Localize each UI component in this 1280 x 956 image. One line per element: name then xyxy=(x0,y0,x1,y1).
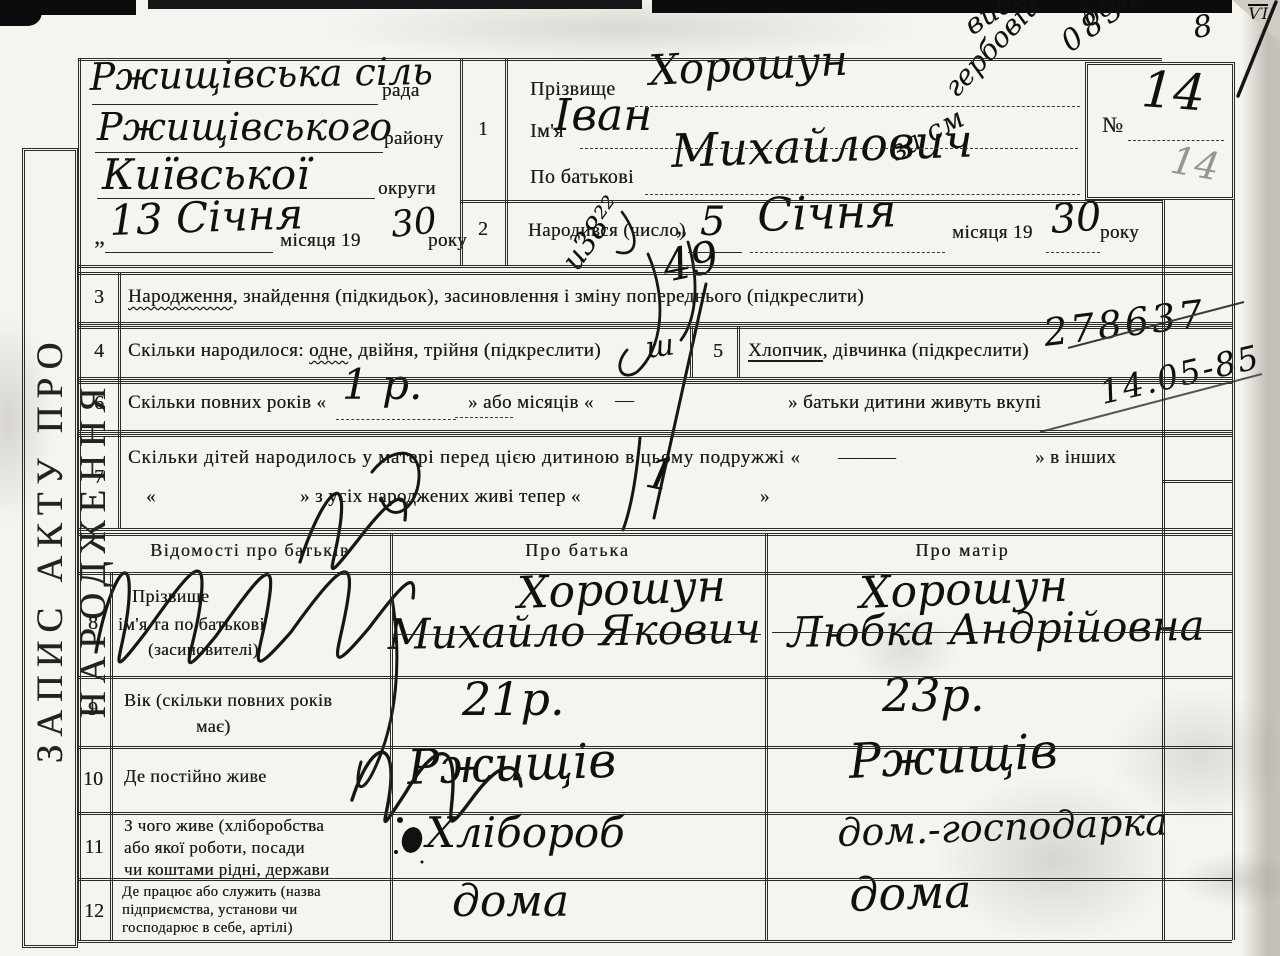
registry-district-handwritten: Ржищівського xyxy=(97,108,392,146)
corner-note-vi: ѴІ xyxy=(1248,4,1268,22)
row5-text: , дівчинка (підкреслити) xyxy=(823,340,1029,361)
grid-line xyxy=(78,533,1232,536)
grid-line xyxy=(688,252,742,253)
grid-line xyxy=(78,58,81,940)
grid-line xyxy=(78,58,1162,61)
grid-line xyxy=(97,198,375,199)
row7-line2-mid: » з усіх народжених живі тепер « xyxy=(300,486,581,508)
father-name-value: Михайло Якович xyxy=(387,607,761,656)
grid-line xyxy=(78,572,1232,575)
mother-name-value: Любка Андрійовна xyxy=(787,605,1205,654)
father-workplace-value: дома xyxy=(452,880,569,924)
row10-number: 10 xyxy=(76,768,110,791)
registry-council-suffix: рада xyxy=(382,80,420,102)
surname-value: Хорошун xyxy=(648,40,849,92)
grid-line xyxy=(1162,480,1232,483)
grid-line xyxy=(110,572,113,940)
grid-line xyxy=(1162,200,1165,940)
grid-line xyxy=(765,533,768,940)
row9-label-line1: Вік (скільки повних років xyxy=(124,690,332,711)
grid-line xyxy=(78,377,1232,380)
row6-number: 6 xyxy=(82,392,116,415)
grid-line xyxy=(78,812,1232,815)
row11-label-line2: або якої роботи, посади xyxy=(124,838,305,858)
grid-line xyxy=(1128,140,1224,141)
row3-text: , знайдення (підкидьок), засиновлення і … xyxy=(233,286,864,307)
registry-district-suffix: району xyxy=(384,128,444,150)
row12-label-line2: підприємства, установи чи xyxy=(122,902,297,919)
row5-number: 5 xyxy=(701,340,735,363)
diagonal-note-3: ш xyxy=(644,330,676,364)
row12-label-line1: Де працює або служить (назва xyxy=(122,884,321,901)
diagonal-note-2: 49 xyxy=(659,235,723,290)
grid-line xyxy=(1162,630,1232,633)
born-suffix: року xyxy=(1100,222,1139,244)
grid-line xyxy=(78,676,1232,679)
grid-line xyxy=(78,272,1232,275)
row11-label-line3: чи коштами рідні, держави xyxy=(124,860,329,880)
grid-line xyxy=(118,272,121,528)
row3-number: 3 xyxy=(82,286,116,309)
grid-line xyxy=(580,148,1078,149)
row8-number: 8 xyxy=(78,612,108,635)
mother-column-header: Про матір xyxy=(765,540,1160,561)
row6-part1: Скільки повних років « xyxy=(128,392,326,414)
row4-number: 4 xyxy=(82,340,116,363)
row2-number: 2 xyxy=(466,218,500,241)
row6-part2: » або місяців « xyxy=(468,392,594,414)
registry-okruha-suffix: округи xyxy=(378,178,436,200)
grid-line xyxy=(690,326,693,377)
grid-line xyxy=(78,326,1232,329)
row4-underlined-option: одне xyxy=(309,340,348,361)
grid-line xyxy=(505,58,508,265)
registry-date-handwritten: 13 Січня xyxy=(109,193,304,242)
row9-number: 9 xyxy=(78,698,108,721)
row7-line2-open: « xyxy=(146,486,156,508)
row7-line2-close: » xyxy=(760,486,770,508)
grid-line xyxy=(390,533,393,940)
row3-underlined-option: Народження xyxy=(128,286,233,307)
registry-date-quote: „ xyxy=(94,224,105,251)
father-occupation-value: Хлібороб xyxy=(426,812,625,854)
row8-label-line3: (засиновителі) xyxy=(148,640,259,660)
mother-residence-value: Ржищів xyxy=(847,727,1058,786)
grid-line xyxy=(1046,252,1100,253)
grid-line xyxy=(460,200,1162,203)
grid-line xyxy=(460,58,463,265)
row8-label-line2: ім'я та по батькові xyxy=(118,614,265,635)
row4-text: , двійня, трійня (підкреслити) xyxy=(348,340,601,361)
patronymic-label: По батькові xyxy=(530,166,634,189)
grid-line xyxy=(393,634,761,635)
scan-edge-artifact xyxy=(148,0,642,9)
grid-line xyxy=(95,152,383,153)
grid-line xyxy=(635,106,1080,107)
row7-line1-dash: ——— xyxy=(838,447,896,469)
father-age-value: 21р. xyxy=(462,676,565,722)
grid-line xyxy=(772,632,1162,633)
row1-number: 1 xyxy=(466,118,500,141)
grid-line xyxy=(336,419,456,420)
grid-line xyxy=(78,528,1232,531)
row7-line1-end: » в інших xyxy=(1035,447,1116,469)
row8-label-line1: Прізвище xyxy=(132,586,209,607)
grid-line xyxy=(105,252,273,253)
grid-line xyxy=(1232,200,1235,940)
scan-edge-artifact xyxy=(0,0,42,26)
row5-underlined-option: Хлопчик xyxy=(748,340,823,361)
parents-info-header: Відомості про батьків xyxy=(110,540,390,561)
row6-blank-dash: — xyxy=(615,390,636,412)
grid-line xyxy=(645,194,1080,195)
grid-line xyxy=(737,326,740,377)
name-value: Іван xyxy=(554,94,652,138)
grid-line xyxy=(455,417,513,418)
mother-occupation-value: дом.-господарка xyxy=(837,802,1169,852)
grid-line xyxy=(78,265,1232,268)
grid-line xyxy=(78,878,1232,881)
scanned-birth-record-page: ЗАПИС АКТУ ПРО НАРОДЖЕННЯ Ржищівська сіл… xyxy=(0,0,1280,956)
number-box-value: 14 xyxy=(1140,64,1207,118)
father-column-header: Про батька xyxy=(390,540,765,561)
number-box-label: № xyxy=(1102,112,1123,138)
born-year-value: 30 xyxy=(1049,197,1103,240)
row7-number: 7 xyxy=(82,466,116,489)
row4-prefix: Скільки народилося: xyxy=(128,340,309,361)
grid-line xyxy=(78,430,1232,433)
row11-number: 11 xyxy=(78,836,110,859)
grid-line xyxy=(78,940,1232,943)
mother-workplace-value: дома xyxy=(848,868,972,918)
born-mid: місяця 19 xyxy=(952,222,1033,244)
row12-number: 12 xyxy=(78,900,110,923)
number-box-pencil-value: 14 xyxy=(1168,141,1222,187)
row12-label-line3: господарює в себе, артілі) xyxy=(122,920,293,937)
registry-date-mid: місяця 19 xyxy=(280,230,361,252)
grid-line xyxy=(78,322,1232,325)
row6-years-value: 1 р. xyxy=(342,364,422,406)
grid-line xyxy=(78,434,1232,437)
row11-label-line1: З чого живе (хліборобства xyxy=(124,816,324,836)
row9-label-line2: має) xyxy=(196,716,231,737)
grid-line xyxy=(78,746,1232,749)
row6-part3: » батьки дитини живуть вкупі xyxy=(788,392,1041,414)
row7-line1-text: Скільки дітей народилось у матері перед … xyxy=(128,447,801,469)
grid-line xyxy=(78,381,1232,384)
grid-line xyxy=(92,104,378,105)
row10-label: Де постійно живе xyxy=(124,766,267,787)
grid-line xyxy=(750,252,945,253)
